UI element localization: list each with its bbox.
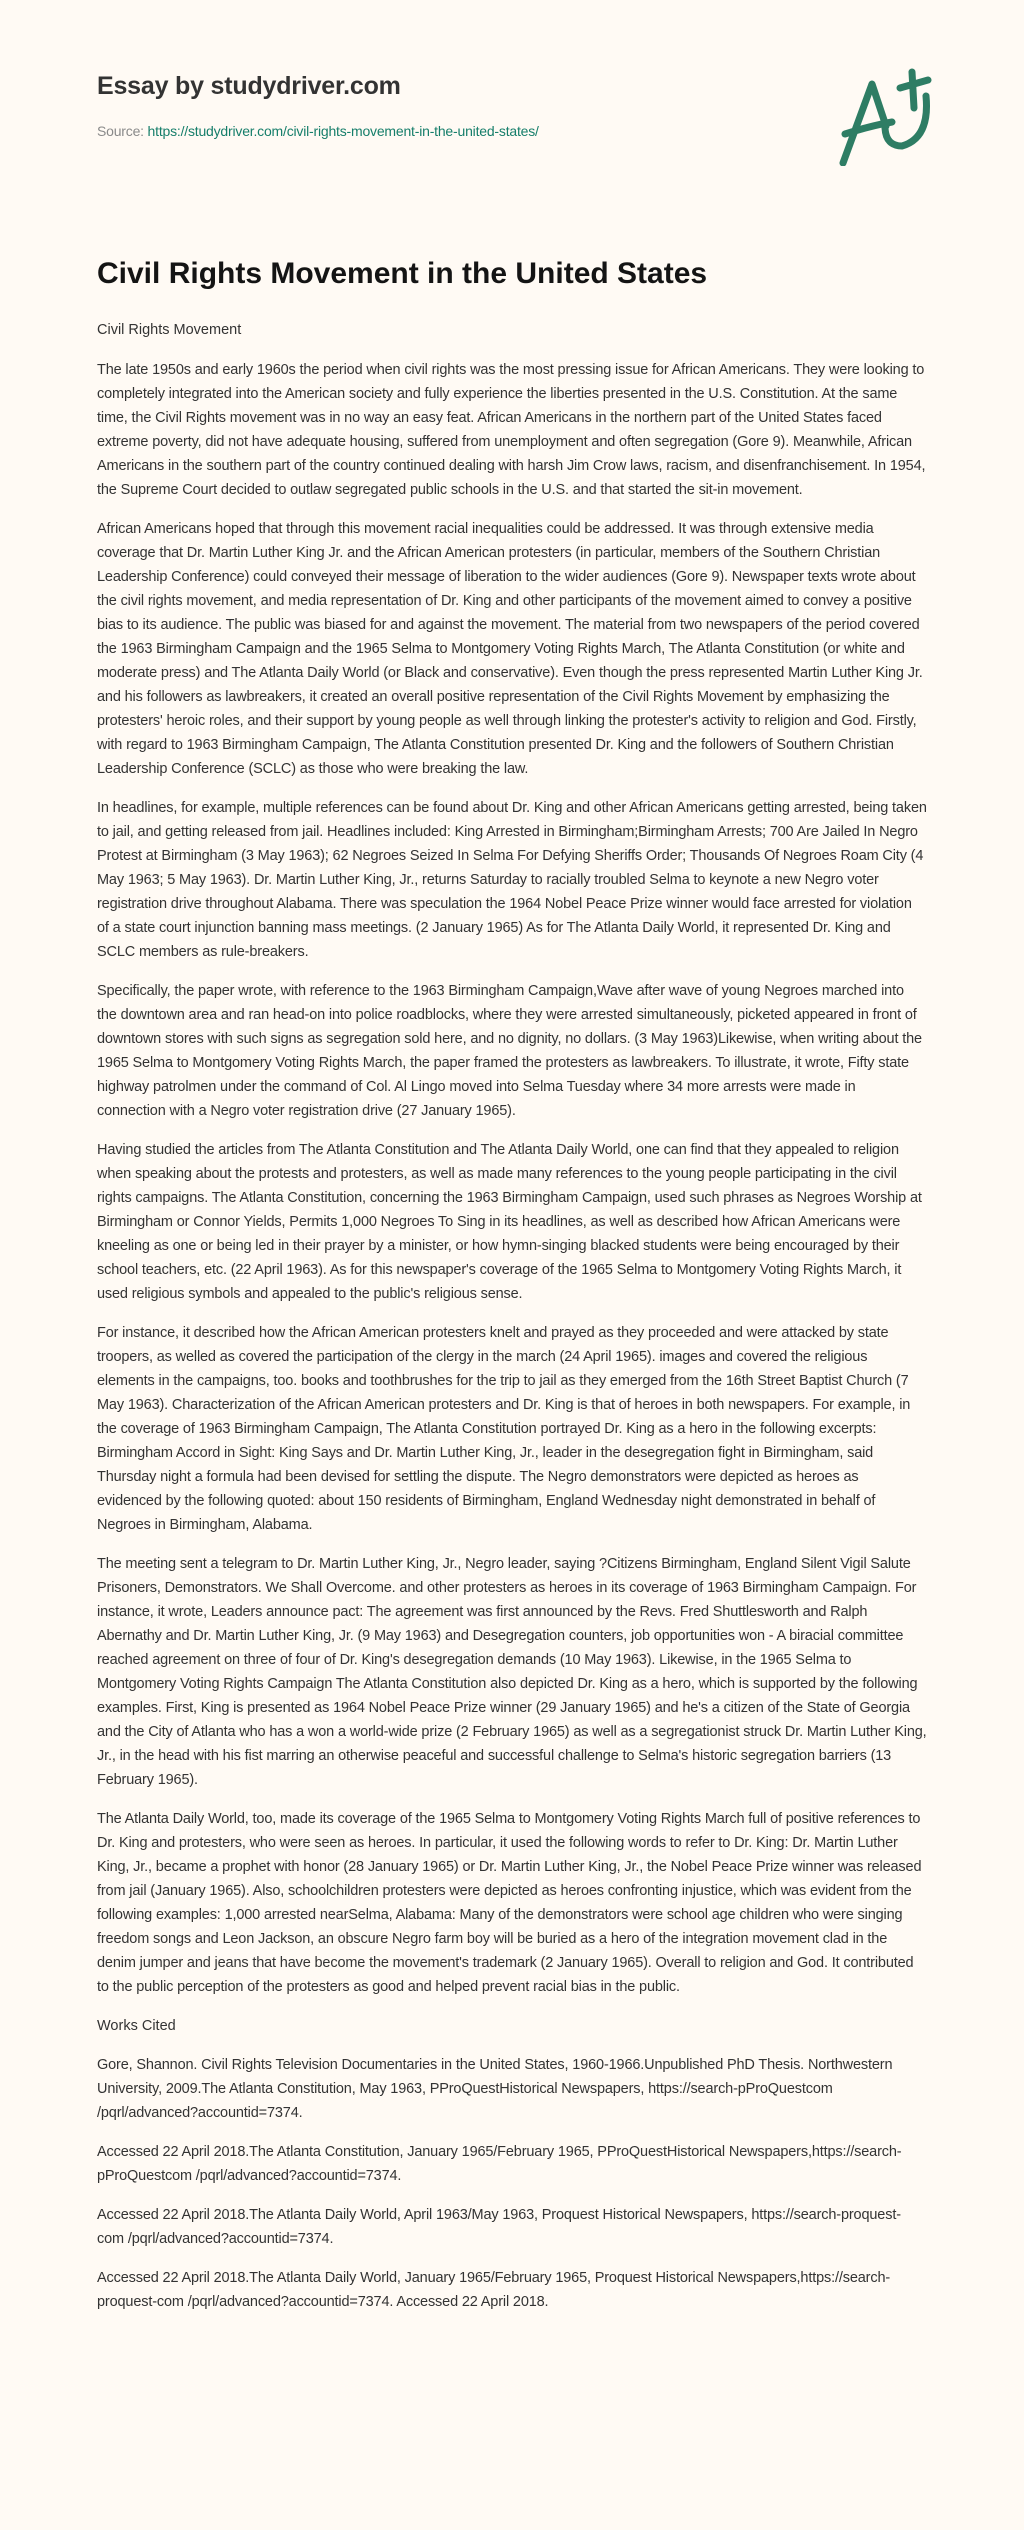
citation-entry: Accessed 22 April 2018.The Atlanta Const… — [97, 2140, 927, 2188]
essay-paragraph: Specifically, the paper wrote, with refe… — [97, 979, 927, 1123]
essay-paragraph: In headlines, for example, multiple refe… — [97, 796, 927, 964]
essay-content: Civil Rights Movement in the United Stat… — [0, 240, 1024, 2314]
source-link[interactable]: https://studydriver.com/civil-rights-mov… — [148, 123, 539, 139]
essay-paragraph: The meeting sent a telegram to Dr. Marti… — [97, 1552, 927, 1792]
citation-entry: Accessed 22 April 2018.The Atlanta Daily… — [97, 2203, 927, 2251]
page-title: Civil Rights Movement in the United Stat… — [97, 240, 927, 294]
essay-paragraph: The late 1950s and early 1960s the perio… — [97, 358, 927, 502]
works-cited-heading: Works Cited — [97, 2014, 927, 2038]
source-line: Source: https://studydriver.com/civil-ri… — [97, 123, 539, 139]
page-header: Essay by studydriver.com Source: https:/… — [0, 0, 1024, 240]
essay-paragraph: Having studied the articles from The Atl… — [97, 1138, 927, 1306]
citation-entry: Gore, Shannon. Civil Rights Television D… — [97, 2053, 927, 2125]
essay-subtitle: Civil Rights Movement — [97, 320, 927, 340]
brand-title: Essay by studydriver.com — [97, 72, 401, 101]
essay-paragraph: The Atlanta Daily World, too, made its c… — [97, 1807, 927, 1999]
citation-entry: Accessed 22 April 2018.The Atlanta Daily… — [97, 2266, 927, 2314]
essay-paragraph: African Americans hoped that through thi… — [97, 517, 927, 781]
a-plus-grade-icon — [830, 66, 950, 166]
essay-paragraph: For instance, it described how the Afric… — [97, 1321, 927, 1537]
source-label: Source: — [97, 123, 148, 139]
